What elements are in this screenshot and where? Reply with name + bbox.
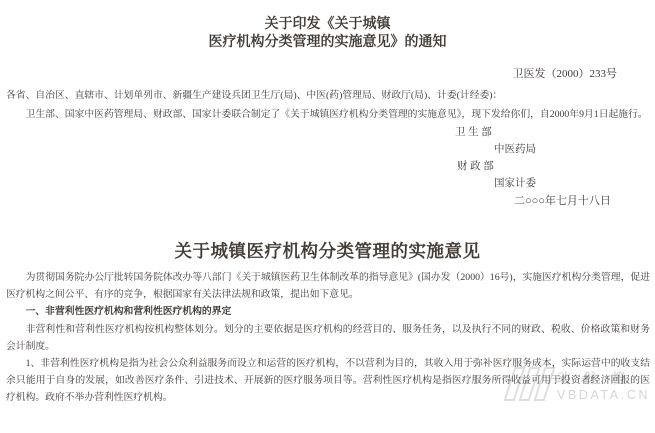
document-body: 为贯彻国务院办公厅批转国务院体改办等八部门《关于城镇医药卫生体制改革的指导意见》… <box>6 269 650 407</box>
section1-paragraph-nonprofit: 1、非营利性医疗机构是指为社会公众利益服务而设立和运营的医疗机构，不以营利为目的… <box>6 355 650 407</box>
document-number: 卫医发（2000）233号 <box>513 65 618 81</box>
paragraph-intro: 为贯彻国务院办公厅批转国务院体改办等八部门《关于城镇医药卫生体制改革的指导意见》… <box>6 269 650 303</box>
document-title: 关于城镇医疗机构分类管理的实施意见 <box>0 238 655 263</box>
signature-ministry-of-health: 卫 生 部 <box>455 124 492 139</box>
signature-state-planning-commission: 国家计委 <box>494 175 536 190</box>
signature-tcm-administration: 中医药局 <box>494 141 536 156</box>
notice-title-line1: 关于印发《关于城镇 <box>0 16 655 34</box>
document-page: 关于印发《关于城镇 医疗机构分类管理的实施意见》的通知 卫医发（2000）233… <box>0 0 655 433</box>
section1-heading: 一、非营利性医疗机构和营利性医疗机构的界定 <box>6 303 650 320</box>
signature-ministry-of-finance: 财 政 部 <box>457 158 494 173</box>
salutation-line: 各省、自治区、直辖市、计划单列市、新疆生产建设兵团卫生厅(局)、中医(药)管理局… <box>6 89 650 102</box>
notice-title: 关于印发《关于城镇 医疗机构分类管理的实施意见》的通知 <box>0 16 655 52</box>
notice-body-paragraph: 卫生部、国家中医药管理局、财政部、国家计委联合制定了《关于城镇医疗机构分类管理的… <box>6 108 650 121</box>
notice-title-line2: 医疗机构分类管理的实施意见》的通知 <box>0 34 655 52</box>
section1-paragraph-definition: 非营利性和营利性医疗机构按机构整体划分。划分的主要依据是医疗机构的经营目的、服务… <box>6 321 650 355</box>
signature-date: 二○○○年七月十八日 <box>514 192 611 208</box>
